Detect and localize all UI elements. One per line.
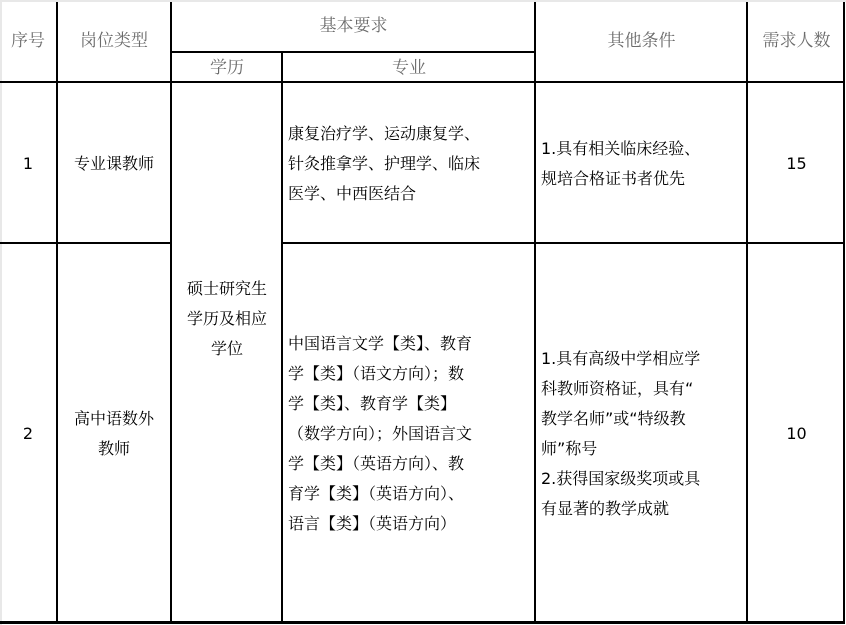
grid-line [56,2,58,623]
header-position-type: 岗位类型 [57,0,171,82]
other-text: 1.具有相关临床经验、 规培合格证书者优先 [541,134,700,194]
major-line: 针灸推拿学、护理学、临床 [288,149,480,179]
grid-line [171,51,535,53]
header-education-label: 学历 [210,53,244,83]
header-basic-requirements-label: 基本要求 [320,11,388,41]
table-row-2-other: 1.具有高级中学相应学 科教师资格证，具有“ 教学名师”或“特级教 师”称号 2… [536,245,747,622]
major-line: （数学方向）；外国语言文 [288,419,472,449]
grid-line [534,2,536,623]
header-position-type-label: 岗位类型 [80,26,148,56]
table-row-1-major: 康复治疗学、运动康复学、 针灸推拿学、护理学、临床 医学、中西医结合 [283,84,535,243]
other-line: 2.获得国家级奖项或具 [541,464,700,494]
row-headcount: 15 [786,149,806,179]
grid-line [843,2,845,623]
other-line: 科教师资格证，具有“ [541,374,700,404]
education-text: 硕士研究生 学历及相应 学位 [187,274,267,364]
grid-line [0,621,845,624]
grid-line [170,2,172,623]
table-row-2-position: 高中语数外 教师 [57,245,171,622]
header-other-conditions-label: 其他条件 [608,26,676,56]
other-line: 1.具有相关临床经验、 [541,134,700,164]
row-position-line: 专业课教师 [74,149,154,179]
header-other-conditions: 其他条件 [536,0,747,82]
major-line: 育学【类】（英语方向）、 [288,479,472,509]
position-line: 高中语数外 [74,404,154,434]
row-seq: 1 [23,149,33,179]
other-line: 教学名师”或“特级教 [541,404,700,434]
header-headcount: 需求人数 [748,0,845,82]
table-row-1-headcount: 15 [748,84,845,243]
major-text: 中国语言文学【类】、教育 学【类】（语文方向）；数 学【类】、教育学【类】 （数… [288,329,472,539]
table-row-1-position: 专业课教师 [57,84,171,243]
major-line: 语言【类】（英语方向） [288,509,472,539]
major-line: 中国语言文学【类】、教育 [288,329,472,359]
grid-line [0,81,845,83]
other-line: 师”称号 [541,434,700,464]
header-major: 专业 [283,53,535,82]
other-line: 1.具有高级中学相应学 [541,344,700,374]
header-seq-label: 序号 [11,26,45,56]
major-line: 学【类】、教育学【类】 [288,389,472,419]
header-seq: 序号 [0,0,56,82]
grid-line [746,2,748,623]
grid-line [281,52,283,623]
table-row-2-headcount: 10 [748,245,845,622]
header-headcount-label: 需求人数 [763,26,831,56]
row-seq: 2 [23,419,33,449]
header-basic-requirements: 基本要求 [172,0,535,52]
major-line: 医学、中西医结合 [288,179,480,209]
other-line: 有显著的教学成就 [541,494,700,524]
education-line: 学位 [187,334,267,364]
other-line: 规培合格证书者优先 [541,164,700,194]
row-headcount: 10 [786,419,806,449]
header-education: 学历 [172,53,282,82]
recruitment-table: 序号 岗位类型 基本要求 学历 专业 其他条件 需求人数 1 专业课教师 康复治… [0,0,846,625]
position-text: 高中语数外 教师 [74,404,154,464]
table-row-2-major: 中国语言文学【类】、教育 学【类】（语文方向）；数 学【类】、教育学【类】 （数… [283,245,535,622]
header-major-label: 专业 [392,53,426,83]
education-line: 学历及相应 [187,304,267,334]
position-line: 教师 [74,434,154,464]
major-line: 学【类】（语文方向）；数 [288,359,472,389]
other-text: 1.具有高级中学相应学 科教师资格证，具有“ 教学名师”或“特级教 师”称号 2… [541,344,700,524]
education-shared-cell: 硕士研究生 学历及相应 学位 [172,84,282,622]
major-line: 康复治疗学、运动康复学、 [288,119,480,149]
grid-line [0,242,171,244]
major-text: 康复治疗学、运动康复学、 针灸推拿学、护理学、临床 医学、中西医结合 [288,119,480,209]
table-row-1-seq: 1 [0,84,56,243]
education-line: 硕士研究生 [187,274,267,304]
table-row-2-seq: 2 [0,245,56,622]
table-row-1-other: 1.具有相关临床经验、 规培合格证书者优先 [536,84,747,243]
major-line: 学【类】（英语方向）、教 [288,449,472,479]
grid-line [282,242,845,244]
